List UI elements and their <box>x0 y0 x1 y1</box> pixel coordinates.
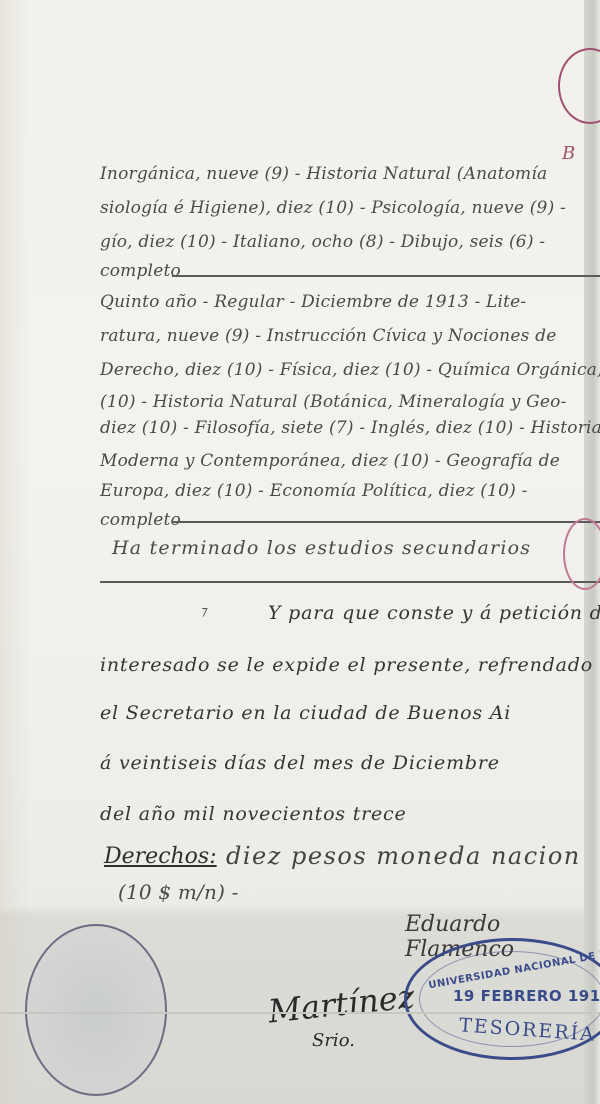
section-rule <box>100 581 600 583</box>
fill-rule <box>172 521 600 523</box>
fees-label: Derechos: <box>104 844 217 869</box>
closing-line: el Secretario en la ciudad de Buenos Ai <box>100 702 511 724</box>
closing-line: Y para que conste y á petición de <box>268 602 600 624</box>
paragraph-mark: ⁊ <box>200 604 206 619</box>
grade-line: Moderna y Contemporánea, diez (10) - Geo… <box>100 451 560 471</box>
grade-line: Europa, diez (10) - Economía Política, d… <box>100 481 528 501</box>
completion-statement: Ha terminado los estudios secundarios <box>112 537 531 559</box>
red-mark: B <box>562 143 575 164</box>
closing-line: á veintiseis días del mes de Diciembre <box>100 752 500 774</box>
grade-line: Derecho, diez (10) - Física, diez (10) -… <box>100 360 600 380</box>
grade-line: ratura, nueve (9) - Instrucción Cívica y… <box>100 326 556 346</box>
document-page: B Inorgánica, nueve (9) - Historia Natur… <box>0 0 600 1104</box>
secretary-title: Srio. <box>312 1030 355 1051</box>
grade-line: Inorgánica, nueve (9) - Historia Natural… <box>100 164 547 184</box>
grade-line: siología é Higiene), diez (10) - Psicolo… <box>100 198 566 218</box>
grade-line-completo: completo <box>100 261 181 281</box>
fees-amount: (10 $ m/n) - <box>118 880 239 904</box>
grade-line: Quinto año - Regular - Diciembre de 1913… <box>100 292 526 312</box>
grade-line: (10) - Historia Natural (Botánica, Miner… <box>100 392 567 412</box>
university-seal <box>25 924 167 1096</box>
fill-rule <box>172 275 600 277</box>
red-stamp-small <box>563 518 600 590</box>
red-stamp <box>558 48 600 124</box>
grade-line-completo: completo <box>100 510 181 530</box>
paper-fold <box>0 1012 600 1014</box>
treasury-stamp: UNIVERSIDAD NACIONAL DE BUENOS 19 FEBRER… <box>404 938 600 1060</box>
signature-secretary: Martínez <box>266 977 416 1030</box>
closing-line: del año mil novecientos trece <box>100 803 407 825</box>
grade-line: diez (10) - Filosofía, siete (7) - Inglé… <box>100 418 600 438</box>
grade-line: gío, diez (10) - Italiano, ocho (8) - Di… <box>100 232 545 252</box>
closing-line: interesado se le expide el presente, ref… <box>100 654 600 676</box>
stamp-date: 19 FEBRERO 1914 <box>453 987 600 1005</box>
fees-text: diez pesos moneda nacion <box>226 842 581 870</box>
page-shadow <box>0 0 30 1104</box>
